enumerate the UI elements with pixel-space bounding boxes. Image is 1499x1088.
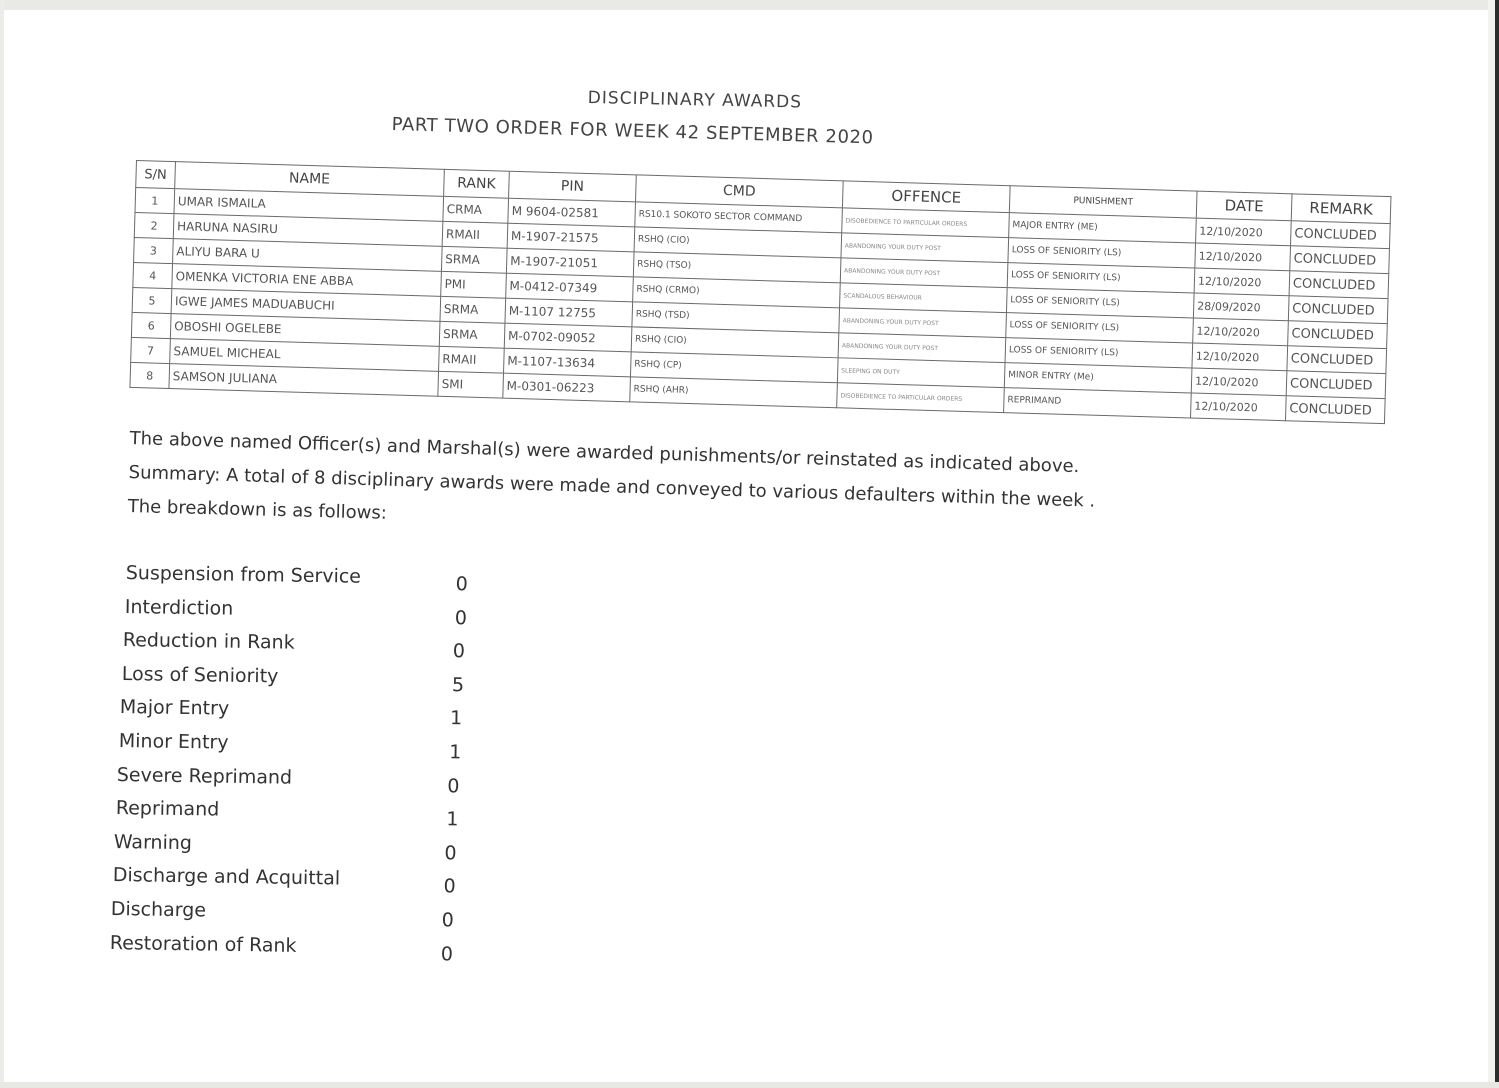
scan-border-bottom: [0, 1082, 1499, 1088]
breakdown-label: Reduction in Rank: [123, 629, 295, 654]
breakdown-count: 5: [451, 674, 463, 696]
paragraph-breakdown-intro: The breakdown is as follows:: [127, 496, 387, 524]
cell-date: 12/10/2020: [1192, 343, 1288, 371]
scan-border-top: [0, 0, 1499, 10]
cell-pin: M-1907-21575: [507, 223, 635, 252]
breakdown-item: Major Entry1: [120, 696, 520, 732]
cell-date: 12/10/2020: [1196, 218, 1292, 246]
cell-sn: 7: [131, 337, 171, 363]
breakdown-item: Reprimand1: [115, 797, 515, 833]
scan-border-right: [1488, 0, 1495, 1088]
breakdown-count: 0: [453, 640, 465, 662]
cell-cmd: RSHQ (AHR): [630, 377, 838, 408]
cell-pin: M-0301-06223: [503, 373, 631, 402]
scan-border-left: [0, 0, 4, 1088]
cell-remark: CONCLUDED: [1286, 371, 1386, 399]
cell-rank: RMAII: [442, 221, 508, 248]
breakdown-count: 0: [443, 876, 455, 898]
breakdown-item: Severe Reprimand0: [117, 764, 517, 800]
cell-remark: CONCLUDED: [1288, 321, 1388, 349]
cell-sn: 1: [135, 188, 175, 214]
breakdown-label: Suspension from Service: [126, 562, 361, 588]
breakdown-label: Warning: [114, 831, 192, 854]
cell-rank: RMAII: [439, 346, 505, 373]
breakdown-count: 0: [444, 842, 456, 864]
cell-rank: PMI: [441, 271, 507, 298]
breakdown-label: Loss of Seniority: [121, 663, 278, 687]
breakdown-count: 0: [454, 607, 466, 629]
breakdown-label: Discharge and Acquittal: [112, 864, 340, 890]
awards-table-body: 1UMAR ISMAILACRMAM 9604-02581RS10.1 SOKO…: [130, 188, 1390, 424]
breakdown-count: 0: [447, 775, 459, 797]
breakdown-item: Minor Entry1: [118, 730, 518, 766]
header-date: DATE: [1196, 191, 1292, 221]
breakdown-count: 1: [446, 808, 458, 830]
header-sn: S/N: [136, 161, 176, 189]
breakdown-label: Reprimand: [115, 797, 219, 821]
cell-sn: 6: [131, 312, 171, 338]
cell-rank: SRMA: [439, 321, 505, 348]
breakdown-count: 0: [442, 909, 454, 931]
awards-table-container: S/N NAME RANK PIN CMD OFFENCE PUNISHMENT…: [129, 160, 1391, 424]
cell-sn: 3: [134, 237, 174, 263]
header-remark: REMARK: [1291, 194, 1391, 224]
breakdown-label: Minor Entry: [118, 730, 228, 754]
cell-punishment: REPRIMAND: [1004, 388, 1192, 418]
breakdown-item: Suspension from Service0: [126, 562, 526, 598]
cell-sn: 8: [130, 362, 170, 388]
cell-remark: CONCLUDED: [1288, 296, 1388, 324]
breakdown-label: Discharge: [111, 898, 207, 921]
breakdown-item: Reduction in Rank0: [123, 629, 523, 665]
cell-remark: CONCLUDED: [1287, 346, 1387, 374]
breakdown-item: Interdiction0: [124, 596, 524, 632]
breakdown-item: Discharge and Acquittal0: [112, 864, 512, 900]
cell-remark: CONCLUDED: [1285, 396, 1385, 424]
breakdown-label: Severe Reprimand: [117, 764, 293, 789]
cell-pin: M 9604-02581: [508, 198, 636, 227]
cell-date: 12/10/2020: [1191, 368, 1287, 396]
cell-remark: CONCLUDED: [1291, 221, 1391, 249]
cell-date: 12/10/2020: [1191, 393, 1287, 421]
breakdown-count: 1: [449, 741, 461, 763]
cell-pin: M-1107-13634: [504, 348, 632, 377]
breakdown-label: Major Entry: [120, 696, 230, 720]
cell-pin: M-1107 12755: [505, 298, 633, 327]
scan-edge-right: [1495, 0, 1499, 1088]
breakdown-count: 1: [450, 708, 462, 730]
breakdown-item: Warning0: [114, 831, 514, 867]
cell-remark: CONCLUDED: [1290, 246, 1390, 274]
cell-date: 12/10/2020: [1195, 243, 1291, 271]
breakdown-count: 0: [456, 573, 468, 595]
breakdown-label: Interdiction: [124, 596, 233, 620]
breakdown-item: Discharge0: [111, 898, 511, 934]
awards-table: S/N NAME RANK PIN CMD OFFENCE PUNISHMENT…: [129, 160, 1391, 424]
cell-date: 28/09/2020: [1193, 293, 1289, 321]
cell-date: 12/10/2020: [1193, 318, 1289, 346]
breakdown-count: 0: [440, 943, 452, 965]
cell-remark: CONCLUDED: [1289, 271, 1389, 299]
cell-sn: 5: [132, 287, 172, 313]
document-title: DISCIPLINARY AWARDS: [588, 88, 803, 112]
document-subtitle: PART TWO ORDER FOR WEEK 42 SEPTEMBER 202…: [391, 114, 874, 148]
cell-offence: DISOBEDIENCE TO PARTICULAR ORDERS: [837, 383, 1005, 413]
cell-pin: M-0702-09052: [504, 323, 632, 352]
cell-pin: M-0412-07349: [506, 273, 634, 302]
cell-rank: SMI: [438, 371, 504, 398]
breakdown-item: Loss of Seniority5: [121, 663, 521, 699]
cell-sn: 2: [134, 212, 174, 238]
header-pin: PIN: [509, 171, 637, 202]
cell-pin: M-1907-21051: [506, 248, 634, 277]
cell-rank: SRMA: [441, 246, 507, 273]
header-rank: RANK: [444, 169, 510, 198]
cell-rank: SRMA: [440, 296, 506, 323]
cell-date: 12/10/2020: [1194, 268, 1290, 296]
cell-rank: CRMA: [443, 196, 509, 223]
cell-sn: 4: [133, 262, 173, 288]
breakdown-item: Restoration of Rank0: [109, 932, 509, 968]
breakdown-label: Restoration of Rank: [109, 932, 296, 957]
